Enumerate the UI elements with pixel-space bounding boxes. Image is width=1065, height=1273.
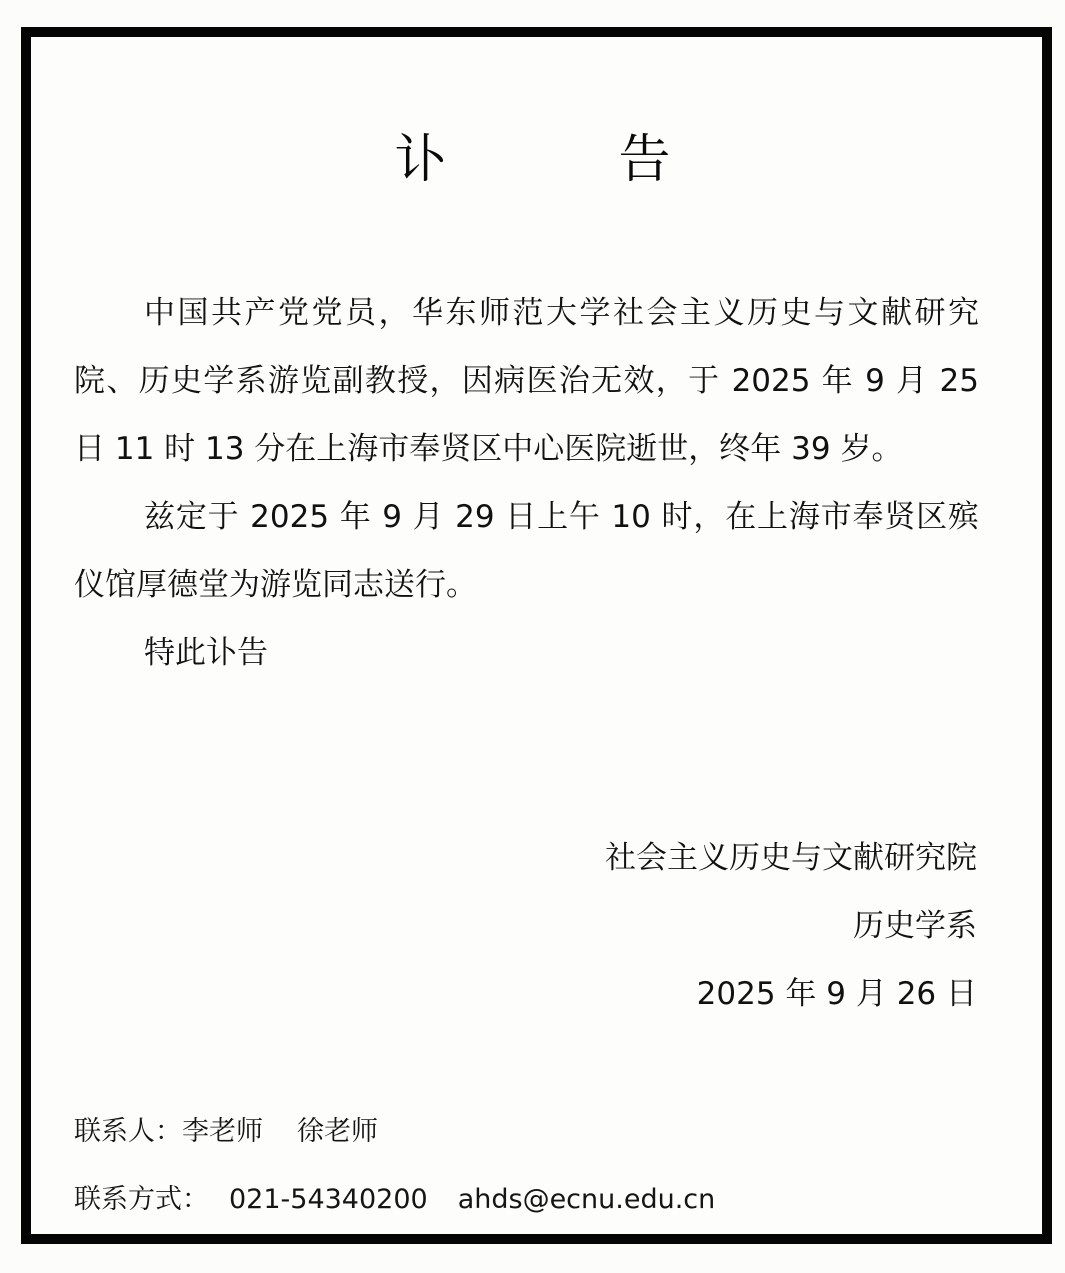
contact-footer: 联系人：李老师徐老师 联系方式：021-54340200ahds@ecnu.ed… [74, 1098, 715, 1234]
contact-phone[interactable]: 021-54340200 [229, 1184, 428, 1215]
paragraph-farewell: 兹定于 2025 年 9 月 29 日上午 10 时，在上海市奉贤区殡仪馆厚德堂… [74, 483, 979, 619]
signature-department: 历史学系 [605, 892, 977, 960]
contact-email[interactable]: ahds@ecnu.edu.cn [458, 1184, 716, 1215]
contact-person-1: 李老师 [182, 1116, 263, 1147]
contact-person-2: 徐老师 [297, 1116, 378, 1147]
signature-date: 2025 年 9 月 26 日 [605, 960, 977, 1028]
notice-body: 中国共产党党员，华东师范大学社会主义历史与文献研究院、历史学系游览副教授，因病医… [74, 279, 979, 687]
notice-title: 讣 告 [0, 128, 1065, 192]
signature-block: 社会主义历史与文献研究院 历史学系 2025 年 9 月 26 日 [605, 824, 977, 1028]
contact-persons-line: 联系人：李老师徐老师 [74, 1098, 715, 1166]
contact-method-label: 联系方式： [74, 1184, 209, 1215]
paragraph-closing: 特此讣告 [74, 619, 979, 687]
signature-institute: 社会主义历史与文献研究院 [605, 824, 977, 892]
contact-method-line: 联系方式：021-54340200ahds@ecnu.edu.cn [74, 1166, 715, 1234]
paragraph-announcement: 中国共产党党员，华东师范大学社会主义历史与文献研究院、历史学系游览副教授，因病医… [74, 279, 979, 483]
contact-persons-label: 联系人： [74, 1116, 182, 1147]
